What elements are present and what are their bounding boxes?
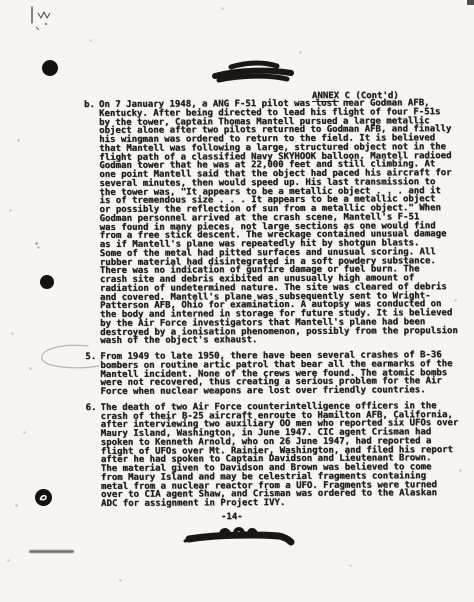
item-text: From 1949 to late 1950, there have been …: [100, 351, 452, 397]
pencil-annotation-marks: [24, 4, 62, 34]
hole-punch-mark: [40, 275, 54, 289]
item-text: The death of two Air Force counterintell…: [101, 402, 459, 509]
item-label: b.: [84, 101, 99, 110]
item-text: On 7 January 1948, a ANG F-51 pilot was …: [99, 99, 458, 346]
smudge-mark: [29, 550, 74, 553]
document-item: b.On 7 January 1948, a ANG F-51 pilot wa…: [84, 99, 467, 346]
page-number: -14-: [221, 512, 243, 522]
corner-smudge-mark: [467, 0, 474, 5]
document-item: 5.From 1949 to late 1950, there have bee…: [85, 351, 467, 397]
item-label: 6.: [86, 404, 101, 413]
document-item: 6.The death of two Air Force counterinte…: [86, 402, 469, 509]
photocopy-speckles: [0, 0, 1, 1]
redaction-scribble-top: [203, 59, 299, 86]
document-body: b.On 7 January 1948, a ANG F-51 pilot wa…: [84, 99, 468, 509]
redaction-scribble-bottom: [183, 524, 295, 549]
hole-punch-mark: [33, 487, 54, 508]
scanned-document-page: ANNEX C (Cont'd) b.On 7 January 1948, a …: [0, 0, 474, 602]
hole-punch-mark: [42, 60, 58, 76]
pencil-circle-mark: [36, 342, 102, 374]
